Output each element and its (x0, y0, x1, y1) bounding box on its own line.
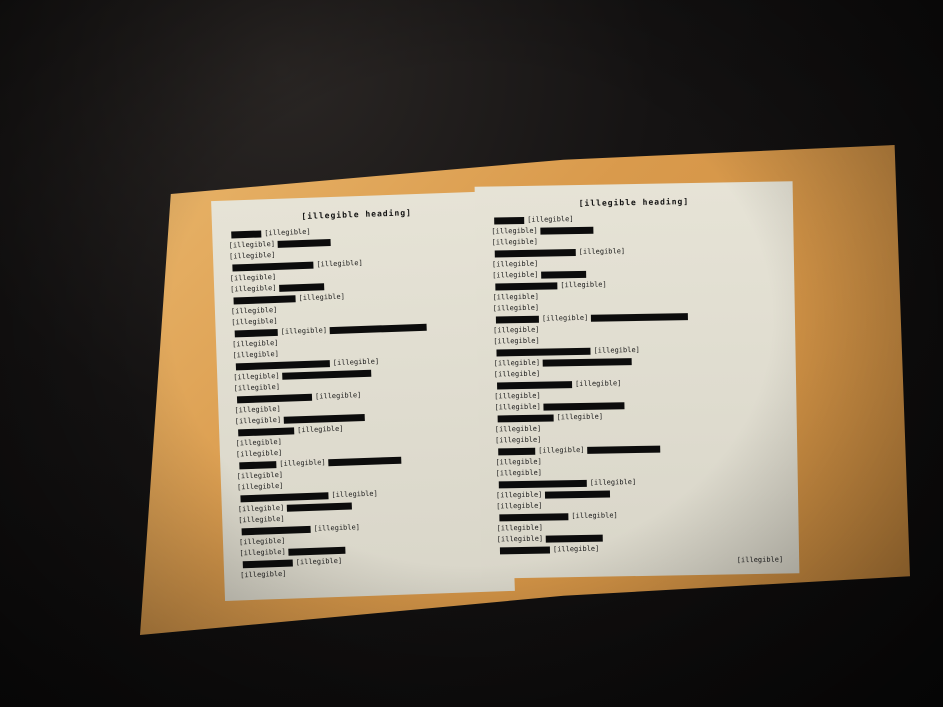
line-text: [illegible] (571, 511, 617, 520)
line-text: [illegible] (492, 260, 538, 269)
line-text: [illegible] (495, 425, 541, 434)
redaction-bar (588, 445, 661, 453)
redaction-bar (541, 270, 586, 278)
line-text: [illegible] (593, 346, 639, 355)
redaction-bar (494, 216, 524, 224)
line-text: [illegible] (494, 359, 540, 368)
redaction-bar (544, 402, 625, 410)
line-text: [illegible] (298, 293, 345, 303)
left-page-body: [illegible][illegible][illegible][illegi… (228, 221, 498, 582)
line-text: [illegible] (230, 273, 277, 283)
line-text: [illegible] (240, 570, 287, 580)
line-text: [illegible] (296, 557, 343, 567)
redaction-bar (495, 282, 557, 290)
line-text: [illegible] (493, 326, 539, 335)
redaction-bar (289, 546, 346, 555)
line-text: [illegible] (237, 482, 284, 492)
right-page-title: [illegible heading] (491, 196, 777, 210)
redaction-bar (546, 534, 603, 542)
line-text: [illegible] (232, 339, 279, 349)
line-text: [illegible] (553, 545, 599, 554)
line-text: [illegible] (494, 403, 540, 412)
redaction-bar (496, 315, 539, 323)
redaction-bar (330, 323, 427, 333)
left-page-title: [illegible heading] (228, 206, 486, 224)
right-document-page: [illegible heading] [illegible][illegibl… (475, 181, 800, 578)
right-page-body: [illegible][illegible][illegible][illegi… (491, 211, 783, 557)
line-text: [illegible] (560, 281, 606, 290)
line-text: [illegible] (237, 471, 284, 481)
redaction-bar (238, 427, 294, 436)
redaction-bar (543, 358, 632, 367)
line-text: [illegible] (297, 425, 344, 435)
line-text: [illegible] (232, 350, 279, 360)
redaction-bar (329, 456, 402, 466)
redaction-bar (239, 461, 276, 469)
redaction-bar (237, 393, 312, 403)
left-document-page: [illegible heading] [illegible][illegibl… (211, 191, 515, 601)
line-text: [illegible] (557, 413, 603, 422)
line-text: [illegible] (542, 314, 588, 323)
line-text: [illegible] (235, 416, 282, 426)
line-text: [illegible] (239, 548, 286, 558)
line-text: [illegible] (538, 446, 584, 455)
redaction-bar (497, 381, 572, 389)
redaction-bar (545, 490, 610, 498)
redaction-bar (236, 360, 330, 370)
line-text: [illegible] (231, 317, 278, 327)
redaction-bar (495, 249, 576, 257)
line-text: [illegible] (333, 357, 380, 367)
redaction-bar (499, 479, 587, 488)
redaction-bar (498, 414, 554, 422)
redaction-bar (231, 230, 261, 238)
line-text: [illegible] (230, 284, 277, 294)
redaction-bar (500, 546, 550, 554)
line-text: [illegible] (239, 537, 286, 547)
line-text: [illegible] (229, 251, 276, 261)
line-text: [illegible] (495, 436, 541, 445)
line-text: [illegible] (231, 306, 278, 316)
line-text: [illegible] (233, 372, 280, 382)
redaction-bar (242, 525, 311, 534)
redaction-bar (279, 283, 324, 292)
line-text: [illegible] (494, 392, 540, 401)
redaction-bar (240, 492, 328, 502)
line-text: [illegible] (234, 383, 281, 393)
redaction-bar (235, 328, 278, 336)
line-text: [illegible] (279, 458, 326, 468)
line-text: [illegible] (495, 458, 541, 467)
line-text: [illegible] (235, 438, 282, 448)
redaction-bar (233, 295, 295, 304)
redaction-bar (499, 513, 568, 521)
line-text: [illegible] (590, 478, 636, 487)
line-text: [illegible] (491, 227, 537, 236)
line-text: [illegible] (492, 238, 538, 247)
table-surface: [illegible heading] [illegible][illegibl… (0, 0, 943, 707)
line-text: [illegible] (497, 524, 543, 533)
redaction-bar (243, 559, 293, 568)
line-text: [illegible] (575, 379, 621, 388)
line-text: [illegible] (496, 502, 542, 511)
line-text: [illegible] (493, 337, 539, 346)
line-text: [illegible] (316, 259, 363, 269)
line-text: [illegible] (281, 326, 328, 336)
redaction-bar (278, 239, 331, 248)
line-text: [illegible] (527, 215, 573, 224)
line-text: [illegible] (494, 370, 540, 379)
line-text: [illegible] (496, 491, 542, 500)
redaction-bar (287, 502, 352, 511)
line-text: [illegible] (331, 490, 378, 500)
redaction-bar (284, 413, 365, 423)
line-text: [illegible] (492, 293, 538, 302)
redaction-bar (282, 369, 371, 379)
line-text: [illegible] (234, 405, 281, 415)
line-text: [illegible] (492, 271, 538, 280)
line-text: [illegible] (236, 449, 283, 459)
line-text: [illegible] (315, 391, 362, 401)
redaction-bar (591, 313, 688, 322)
line-text: [illegible] (229, 240, 276, 250)
line-text: [illegible] (238, 515, 285, 525)
redaction-bar (541, 226, 594, 234)
line-text: [illegible] (264, 228, 311, 238)
signature: [illegible] (497, 555, 783, 568)
redaction-bar (232, 261, 313, 271)
line-text: [illegible] (313, 523, 360, 533)
redaction-bar (496, 347, 590, 356)
line-text: [illegible] (238, 504, 285, 514)
redaction-bar (498, 447, 535, 455)
line-text: [illegible] (497, 535, 543, 544)
line-text: [illegible] (579, 247, 625, 256)
line-text: [illegible] (496, 469, 542, 478)
line-text: [illegible] (493, 304, 539, 313)
